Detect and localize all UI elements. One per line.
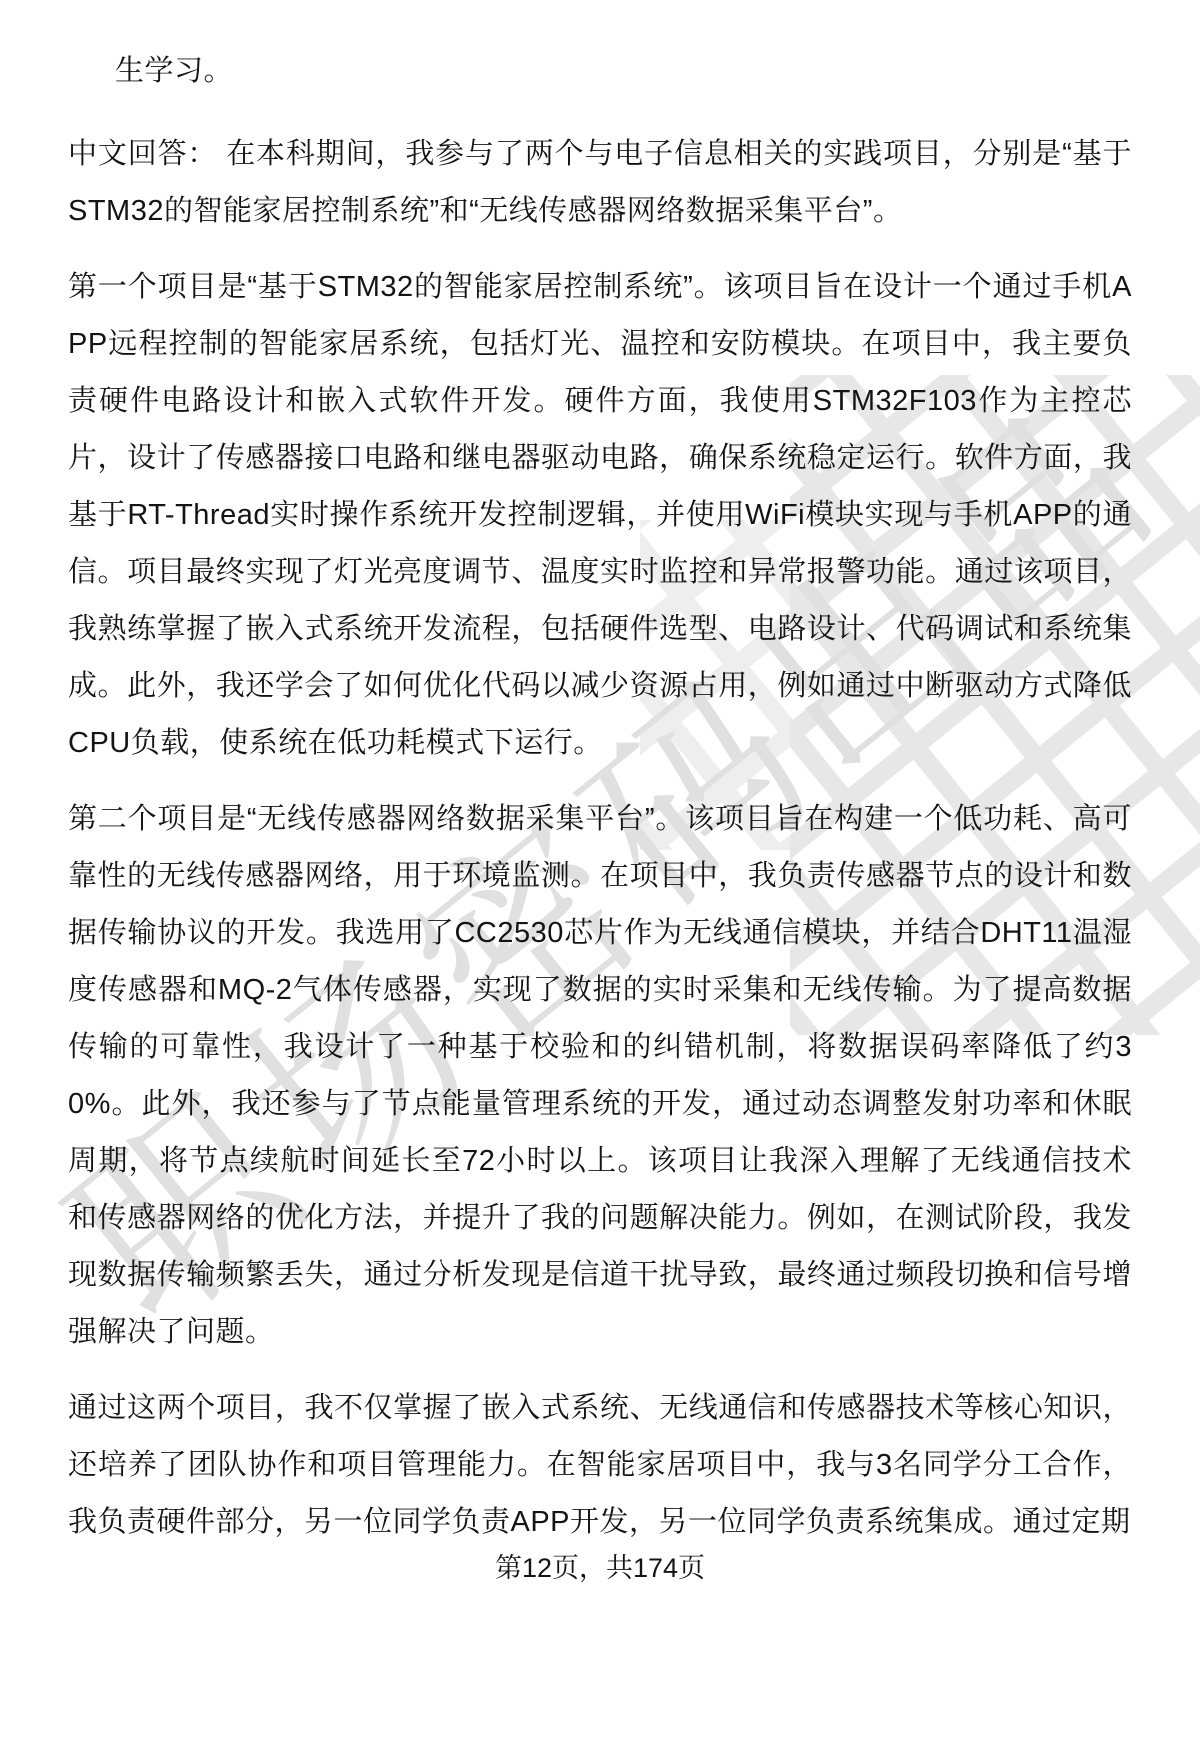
document-page: 职场密码出品 生学习。 中文回答： 在本科期间，我参与了两个与电子信息相关的实践…	[0, 0, 1200, 1755]
paragraph-chinese-answer-intro: 中文回答： 在本科期间，我参与了两个与电子信息相关的实践项目，分别是“基于STM…	[68, 126, 1132, 240]
paragraph-project-2: 第二个项目是“无线传感器网络数据采集平台”。该项目旨在构建一个低功耗、高可靠性的…	[68, 791, 1132, 1361]
paragraph-project-1: 第一个项目是“基于STM32的智能家居控制系统”。该项目旨在设计一个通过手机AP…	[68, 259, 1132, 772]
document-content: 生学习。 中文回答： 在本科期间，我参与了两个与电子信息相关的实践项目，分别是“…	[68, 43, 1132, 1570]
paragraph-continuation: 生学习。	[68, 43, 1132, 100]
paragraph-summary: 通过这两个项目，我不仅掌握了嵌入式系统、无线通信和传感器技术等核心知识，还培养了…	[68, 1380, 1132, 1551]
page-number-footer: 第12页，共174页	[0, 1548, 1200, 1588]
